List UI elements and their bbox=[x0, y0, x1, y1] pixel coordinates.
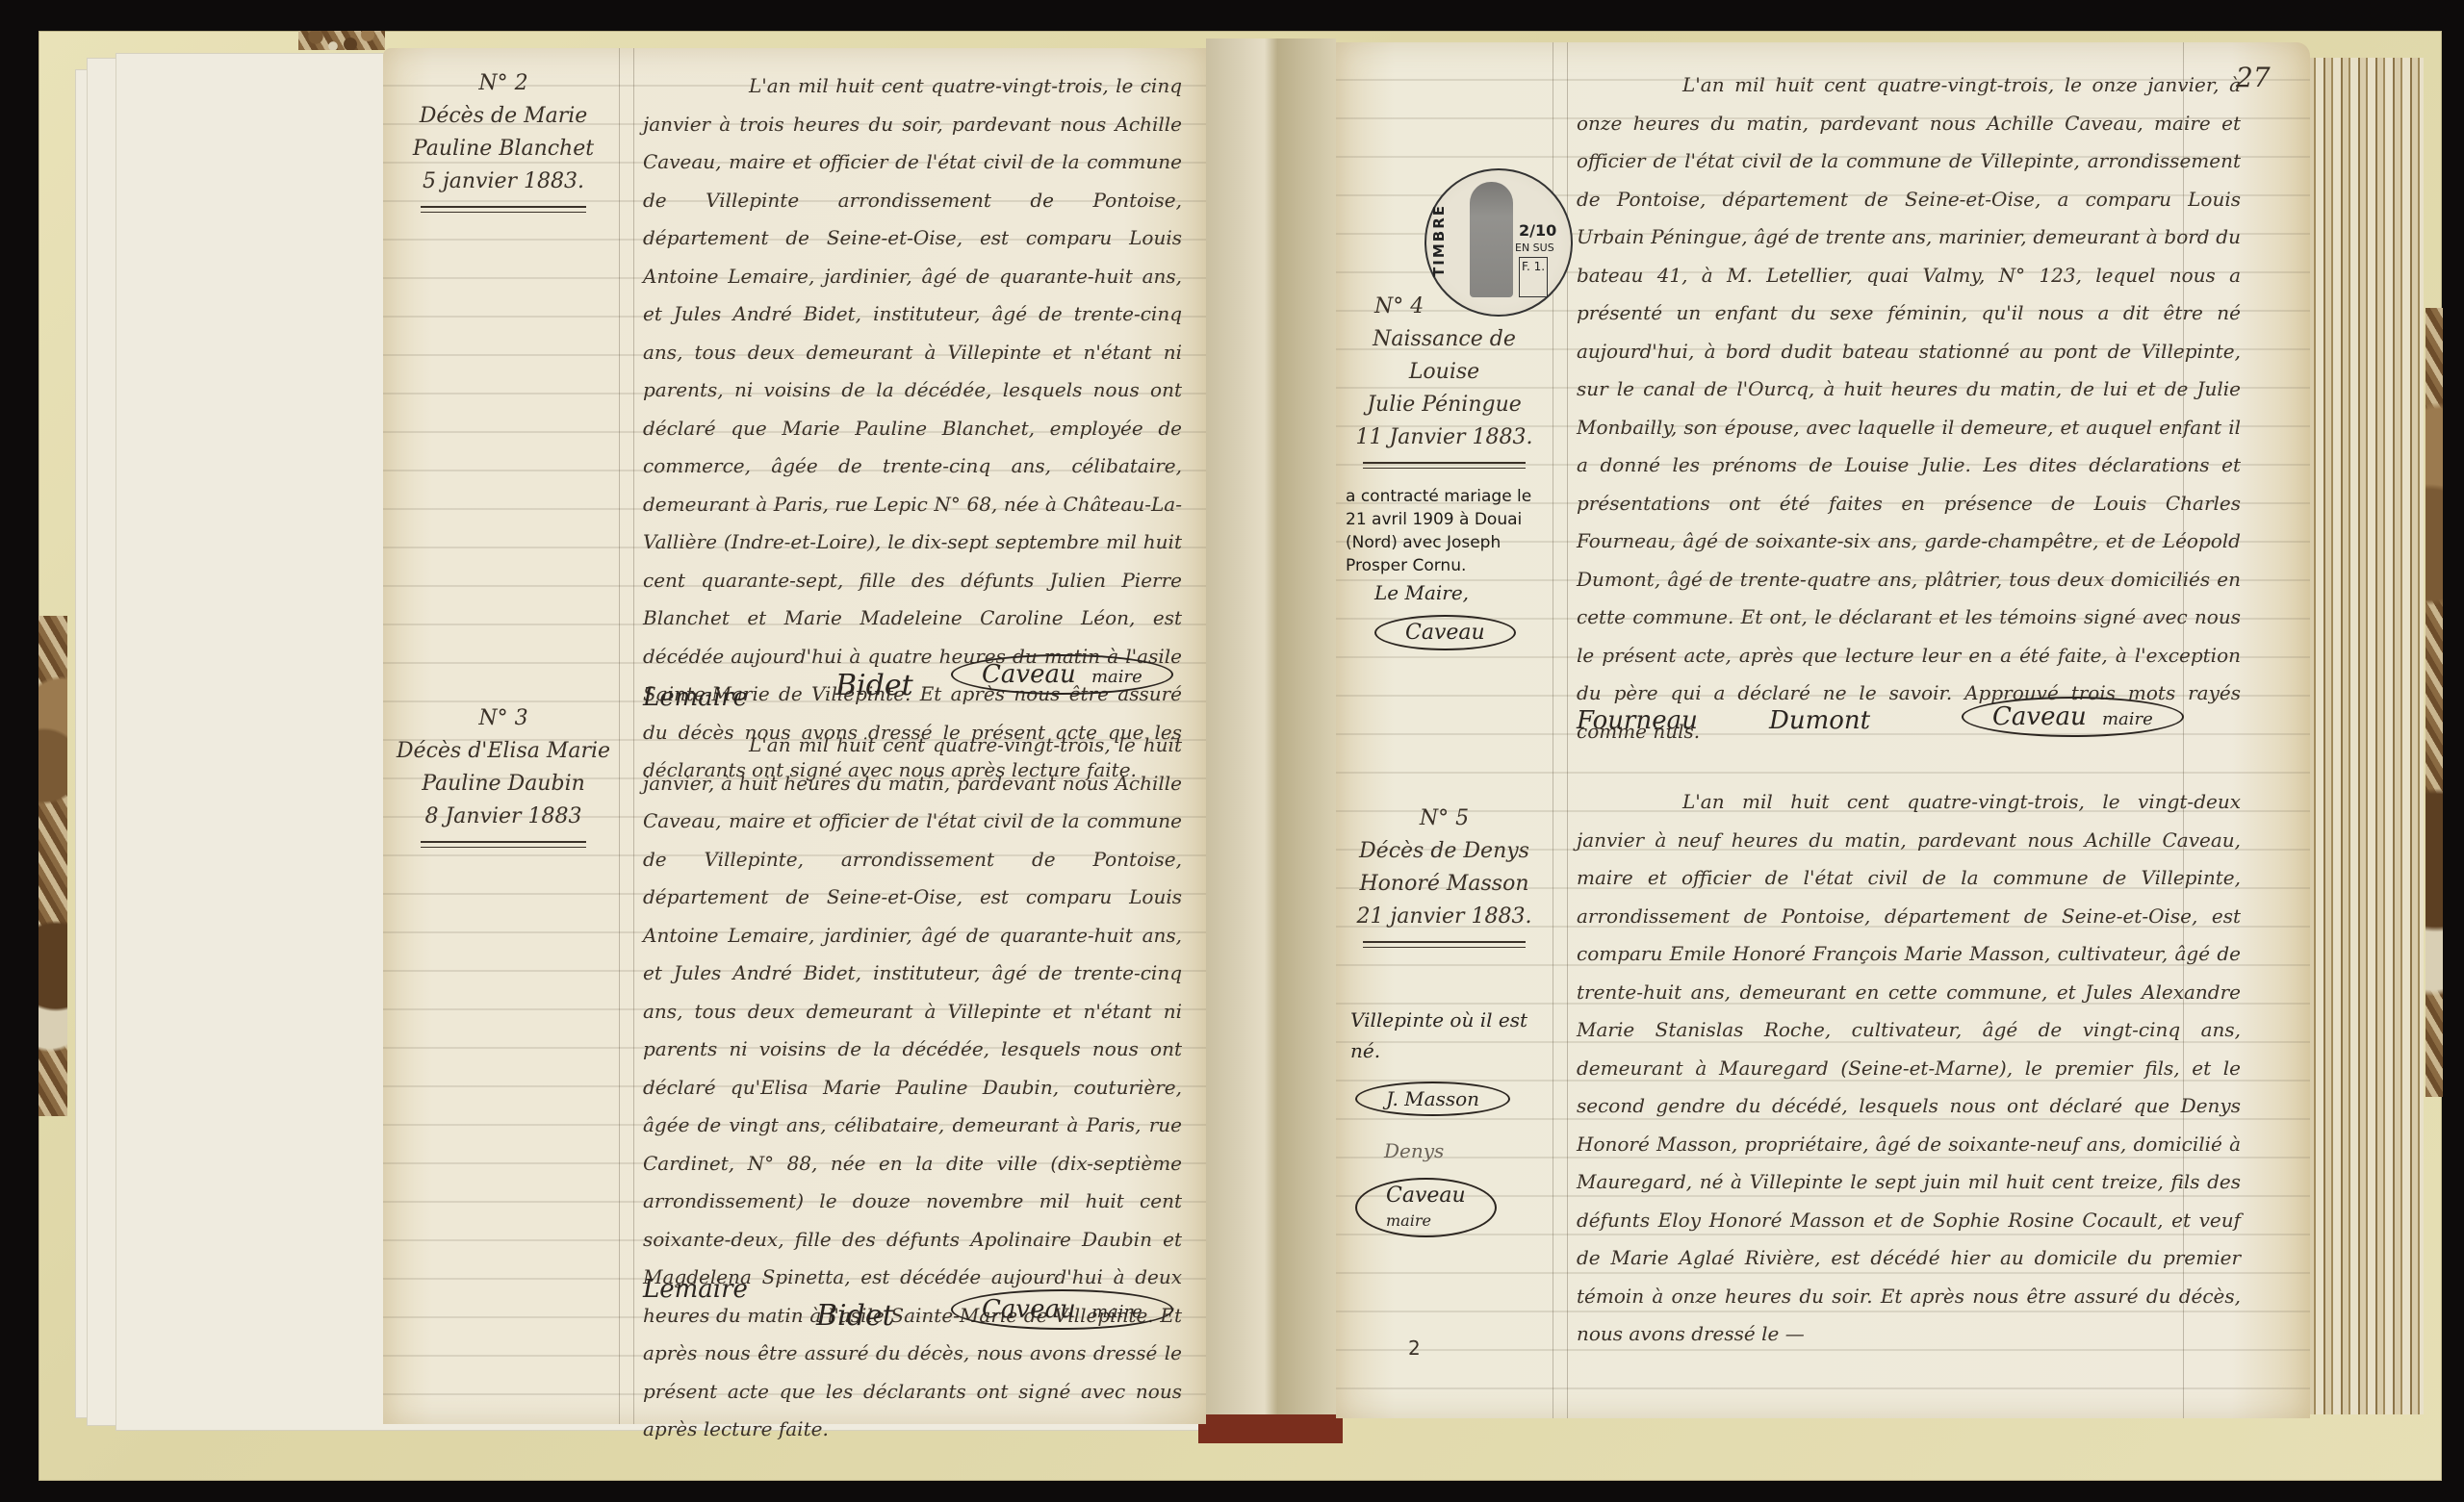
mayor-signature: Caveau maire bbox=[951, 1289, 1173, 1330]
marbled-endpaper-top-left bbox=[298, 31, 385, 50]
margin-rule bbox=[619, 48, 620, 1424]
stamp-value: 2/10 bbox=[1519, 223, 1556, 239]
entry-number: N° 5 bbox=[1336, 802, 1553, 835]
folio-number: 27 bbox=[2236, 62, 2271, 93]
book-gutter bbox=[1206, 38, 1336, 1434]
page-edges bbox=[2308, 58, 2424, 1414]
entry-body: L'an mil huit cent quatre-vingt-trois, l… bbox=[1577, 66, 2241, 751]
entry-number: N° 2 bbox=[393, 67, 614, 100]
signature: Lemaire bbox=[643, 1275, 748, 1304]
heading-underline bbox=[1363, 462, 1526, 469]
signature-title: maire bbox=[2102, 709, 2153, 729]
entry-date: 8 Janvier 1883 bbox=[424, 804, 581, 828]
stamp-label: TIMBRE bbox=[1430, 204, 1448, 277]
signature: Caveau bbox=[982, 660, 1076, 689]
signature: Bidet bbox=[835, 669, 913, 702]
heading-underline bbox=[421, 841, 587, 848]
entry-margin-heading: N° 4 Naissance de Louise Julie Péningue … bbox=[1336, 291, 1553, 469]
entry-date: 11 Janvier 1883. bbox=[1355, 425, 1532, 449]
entry-body: L'an mil huit cent quatre-vingt-trois, l… bbox=[1577, 783, 2241, 1354]
margin-mayor-signature: Caveau maire bbox=[1355, 1178, 1497, 1237]
mayor-signature: Caveau maire bbox=[951, 654, 1173, 695]
entry-title: Décès de Denys bbox=[1359, 839, 1529, 863]
left-register-page: N° 2 Décès de Marie Pauline Blanchet 5 j… bbox=[383, 48, 1206, 1424]
justice-figure-icon bbox=[1470, 182, 1513, 297]
margin-signature-label: Le Maire, bbox=[1374, 581, 1469, 604]
entry-title: Julie Péningue bbox=[1367, 393, 1522, 417]
entry-margin-heading: N° 3 Décès d'Elisa Marie Pauline Daubin … bbox=[393, 702, 614, 848]
marbled-endpaper-left bbox=[38, 616, 67, 1116]
entry-date: 5 janvier 1883. bbox=[423, 169, 584, 193]
entry-title: Honoré Masson bbox=[1359, 872, 1528, 896]
entry-title: Naissance de Louise bbox=[1373, 327, 1516, 384]
margin-signature: J. Masson bbox=[1355, 1082, 1510, 1116]
entry-margin-heading: N° 2 Décès de Marie Pauline Blanchet 5 j… bbox=[393, 67, 614, 213]
heading-underline bbox=[421, 206, 587, 213]
signature: Bidet bbox=[816, 1299, 894, 1333]
binding-spine bbox=[1198, 1414, 1343, 1443]
signature: Fourneau bbox=[1577, 706, 1698, 735]
birthplace-annotation: Villepinte où il est né. bbox=[1350, 1005, 1543, 1066]
mayor-signature: Caveau maire bbox=[1962, 697, 2184, 737]
marriage-annotation: a contracté mariage le 21 avril 1909 à D… bbox=[1346, 485, 1553, 577]
entry-number: N° 3 bbox=[393, 702, 614, 735]
signature-title: maire bbox=[1091, 667, 1142, 687]
signature-title: maire bbox=[1091, 1302, 1142, 1322]
timbre-tax-stamp: TIMBRE 2/10 EN SUS F. 1. bbox=[1424, 168, 1573, 317]
entry-title: Pauline Daubin bbox=[422, 772, 585, 796]
entry-title: Décès d'Elisa Marie bbox=[397, 739, 610, 763]
margin-mayor-signature: Caveau bbox=[1374, 615, 1516, 650]
signature: Dumont bbox=[1769, 706, 1870, 735]
margin-signature: Denys bbox=[1384, 1139, 1444, 1162]
entry-title: Pauline Blanchet bbox=[413, 137, 594, 161]
entry-title: Décès de Marie bbox=[420, 104, 588, 128]
page-number: 2 bbox=[1408, 1337, 1421, 1360]
margin-rule bbox=[633, 48, 634, 1424]
signature: Caveau bbox=[1386, 1184, 1466, 1208]
entry-margin-heading: N° 5 Décès de Denys Honoré Masson 21 jan… bbox=[1336, 802, 1553, 948]
entry-date: 21 janvier 1883. bbox=[1356, 904, 1531, 929]
signature: Lemaire bbox=[643, 683, 748, 712]
marbled-endpaper-right bbox=[2425, 308, 2443, 1097]
signature: Caveau bbox=[982, 1295, 1076, 1324]
entry-body: L'an mil huit cent quatre-vingt-trois, l… bbox=[643, 726, 1182, 1449]
signature: Caveau bbox=[1992, 702, 2087, 731]
signature-title: maire bbox=[1386, 1211, 1431, 1230]
stamp-box: F. 1. bbox=[1519, 257, 1548, 297]
heading-underline bbox=[1363, 941, 1526, 948]
stamp-subtext: EN SUS bbox=[1515, 242, 1554, 254]
